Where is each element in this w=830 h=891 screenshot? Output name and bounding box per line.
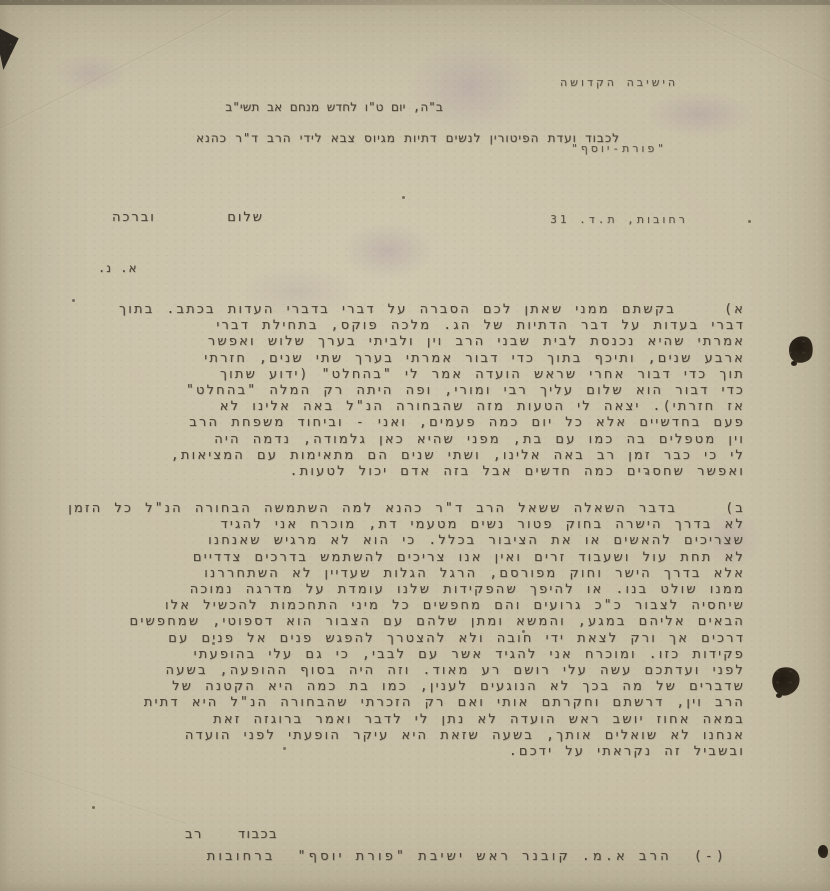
greeting-word-shalom: שלום <box>227 210 264 225</box>
corner-tear-mark <box>0 26 24 70</box>
dust-speck <box>402 196 405 199</box>
dust-speck <box>92 806 95 809</box>
scan-edge-shadow <box>0 0 830 5</box>
dust-speck <box>748 220 751 223</box>
scanned-letter-page: הישיבה הקדושה "פורת-יוסף" רחובות, ת.ד. 3… <box>0 0 830 891</box>
letterhead-address: רחובות, ת.ד. 31 <box>540 209 698 231</box>
ink-blob <box>768 663 803 698</box>
greeting-word-uvracha: וברכה <box>112 210 156 225</box>
date-line: ב"ה, יום ט"ו לחדש מנחם אב תשי"ב <box>225 100 443 114</box>
ink-blob <box>791 361 797 366</box>
paragraph-b: ב) בדבר השאלה ששאל הרב ד"ר כהנא למה השתמ… <box>83 501 745 760</box>
signature-line: (-) הרב א.מ. קובנר ראש ישיבת "פורת יוסף"… <box>207 849 727 864</box>
salutation: א. נ. <box>98 261 138 275</box>
dust-speck <box>72 299 75 302</box>
closing-word-bekavod: בכבוד <box>238 827 278 842</box>
letterhead-yeshiva-title: הישיבה הקדושה <box>540 72 698 94</box>
ink-blob <box>818 845 828 858</box>
stain-blotch <box>52 52 127 94</box>
addressee-line: לכבוד ועדת הפיטורין לנשים דתיות מגיוס צב… <box>196 131 620 145</box>
greeting-line: שלום וברכה <box>112 210 264 225</box>
ink-blob <box>786 334 815 365</box>
crease-line <box>0 9 235 138</box>
ink-blob <box>776 693 782 698</box>
closing-line: בכבוד רב <box>185 827 278 842</box>
letterhead: הישיבה הקדושה "פורת-יוסף" רחובות, ת.ד. 3… <box>540 28 698 275</box>
paragraph-a: א) בקשתם ממני שאתן לכם הסברה על דברי בדב… <box>83 302 745 480</box>
stain-blotch <box>405 40 535 135</box>
crease-line <box>0 761 185 825</box>
closing-word-rav: רב <box>185 827 203 842</box>
stain-blotch <box>340 222 435 280</box>
